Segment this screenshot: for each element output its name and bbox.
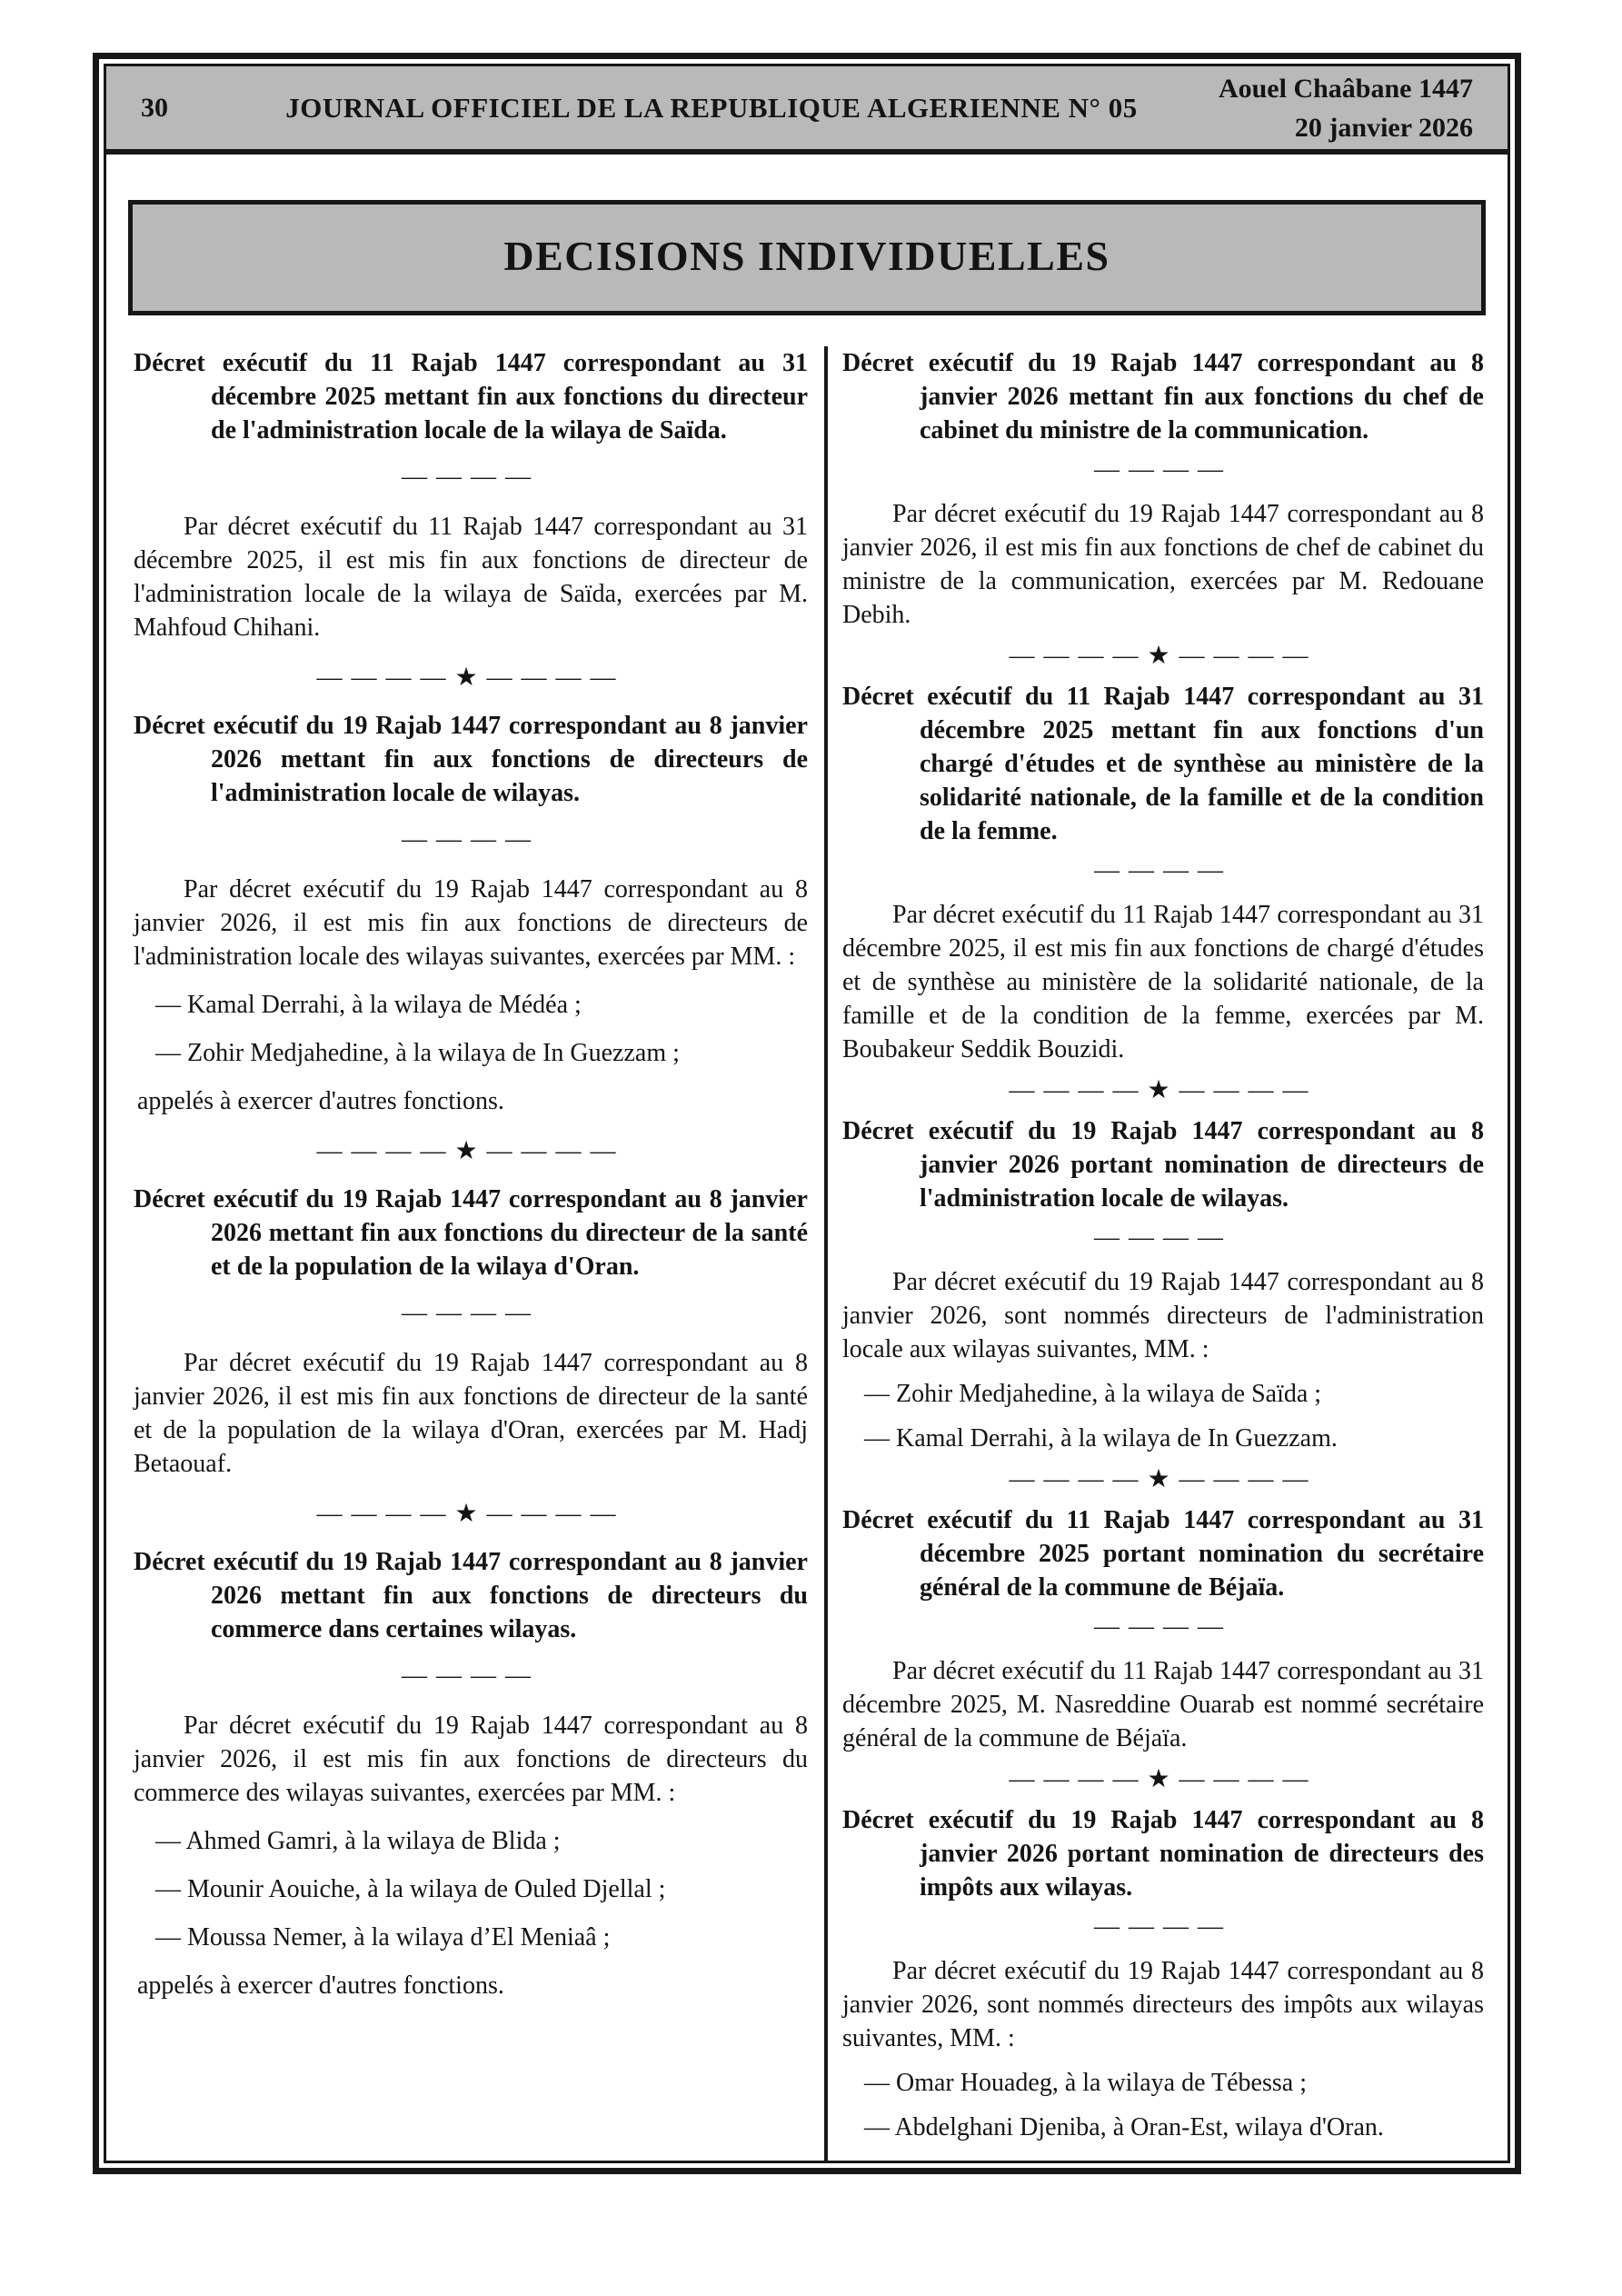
journal-page: 30 JOURNAL OFFICIEL DE LA REPUBLIQUE ALG…	[0, 0, 1622, 2296]
left-column: Décret exécutif du 11 Rajab 1447 corresp…	[134, 346, 808, 2161]
closing-line: appelés à exercer d'autres fonctions.	[134, 1969, 808, 2002]
journal-title: JOURNAL OFFICIEL DE LA REPUBLIQUE ALGERI…	[259, 92, 1164, 125]
separator: ————	[134, 823, 808, 856]
star-separator: ————★————	[842, 1762, 1484, 1796]
decree-heading: Décret exécutif du 11 Rajab 1447 corresp…	[842, 680, 1484, 848]
list-item: — Ahmed Gamri, à la wilaya de Blida ;	[134, 1824, 808, 1858]
list-item: — Abdelghani Djeniba, à Oran-Est, wilaya…	[842, 2111, 1484, 2144]
separator: ————	[134, 460, 808, 494]
list-item: — Kamal Derrahi, à la wilaya de Médéa ;	[134, 988, 808, 1022]
decree-body: Par décret exécutif du 19 Rajab 1447 cor…	[842, 1265, 1484, 1366]
decree-heading: Décret exécutif du 19 Rajab 1447 corresp…	[134, 1545, 808, 1646]
journal-header: 30 JOURNAL OFFICIEL DE LA REPUBLIQUE ALG…	[106, 66, 1508, 155]
decree-body: Par décret exécutif du 19 Rajab 1447 cor…	[134, 1346, 808, 1481]
decree-heading: Décret exécutif du 11 Rajab 1447 corresp…	[134, 346, 808, 447]
list-item: — Omar Houadeg, à la wilaya de Tébessa ;	[842, 2066, 1484, 2100]
decree-heading: Décret exécutif du 19 Rajab 1447 corresp…	[842, 1803, 1484, 1904]
page-frame-inner: 30 JOURNAL OFFICIEL DE LA REPUBLIQUE ALG…	[104, 64, 1510, 2163]
separator: ————	[842, 453, 1484, 486]
separator: ————	[134, 1659, 808, 1692]
star-separator: ————★————	[842, 1073, 1484, 1107]
closing-line: appelés à exercer d'autres fonctions.	[134, 1084, 808, 1118]
list-item: — Kamal Derrahi, à la wilaya de In Guezz…	[842, 1422, 1484, 1455]
hijri-date: Aouel Chaâbane 1447	[1164, 69, 1473, 108]
page-number: 30	[141, 93, 259, 124]
separator: ————	[842, 854, 1484, 887]
decree-body: Par décret exécutif du 19 Rajab 1447 cor…	[842, 497, 1484, 632]
content-columns: Décret exécutif du 11 Rajab 1447 corresp…	[106, 346, 1508, 2161]
separator: ————	[842, 1221, 1484, 1254]
separator: ————	[842, 1610, 1484, 1643]
right-column: Décret exécutif du 19 Rajab 1447 corresp…	[842, 346, 1484, 2161]
list-item: — Mounir Aouiche, à la wilaya de Ouled D…	[134, 1872, 808, 1906]
decree-heading: Décret exécutif du 19 Rajab 1447 corresp…	[842, 346, 1484, 447]
page-frame: 30 JOURNAL OFFICIEL DE LA REPUBLIQUE ALG…	[93, 53, 1521, 2174]
star-separator: ————★————	[134, 1134, 808, 1168]
decree-body: Par décret exécutif du 19 Rajab 1447 cor…	[842, 1954, 1484, 2055]
section-banner-title: DECISIONS INDIVIDUELLES	[133, 232, 1481, 280]
decree-body: Par décret exécutif du 11 Rajab 1447 cor…	[842, 1654, 1484, 1755]
decree-heading: Décret exécutif du 11 Rajab 1447 corresp…	[842, 1503, 1484, 1604]
decree-heading: Décret exécutif du 19 Rajab 1447 corresp…	[134, 709, 808, 810]
gregorian-date: 20 janvier 2026	[1164, 108, 1473, 147]
list-item: — Zohir Medjahedine, à la wilaya de Saïd…	[842, 1377, 1484, 1411]
list-item: — Moussa Nemer, à la wilaya d’El Meniaâ …	[134, 1921, 808, 1954]
decree-heading: Décret exécutif du 19 Rajab 1447 corresp…	[134, 1183, 808, 1283]
star-separator: ————★————	[842, 639, 1484, 673]
header-dates: Aouel Chaâbane 1447 20 janvier 2026	[1164, 69, 1473, 147]
decree-body: Par décret exécutif du 19 Rajab 1447 cor…	[134, 1709, 808, 1810]
decree-body: Par décret exécutif du 11 Rajab 1447 cor…	[842, 898, 1484, 1066]
decree-body: Par décret exécutif du 11 Rajab 1447 cor…	[134, 510, 808, 644]
list-item: — Zohir Medjahedine, à la wilaya de In G…	[134, 1036, 808, 1070]
star-separator: ————★————	[842, 1462, 1484, 1496]
decree-body: Par décret exécutif du 19 Rajab 1447 cor…	[134, 873, 808, 973]
separator: ————	[134, 1296, 808, 1330]
separator: ————	[842, 1910, 1484, 1943]
column-divider	[824, 346, 828, 2161]
decree-heading: Décret exécutif du 19 Rajab 1447 corresp…	[842, 1114, 1484, 1215]
star-separator: ————★————	[134, 661, 808, 694]
section-banner: DECISIONS INDIVIDUELLES	[128, 200, 1486, 315]
star-separator: ————★————	[134, 1497, 808, 1531]
